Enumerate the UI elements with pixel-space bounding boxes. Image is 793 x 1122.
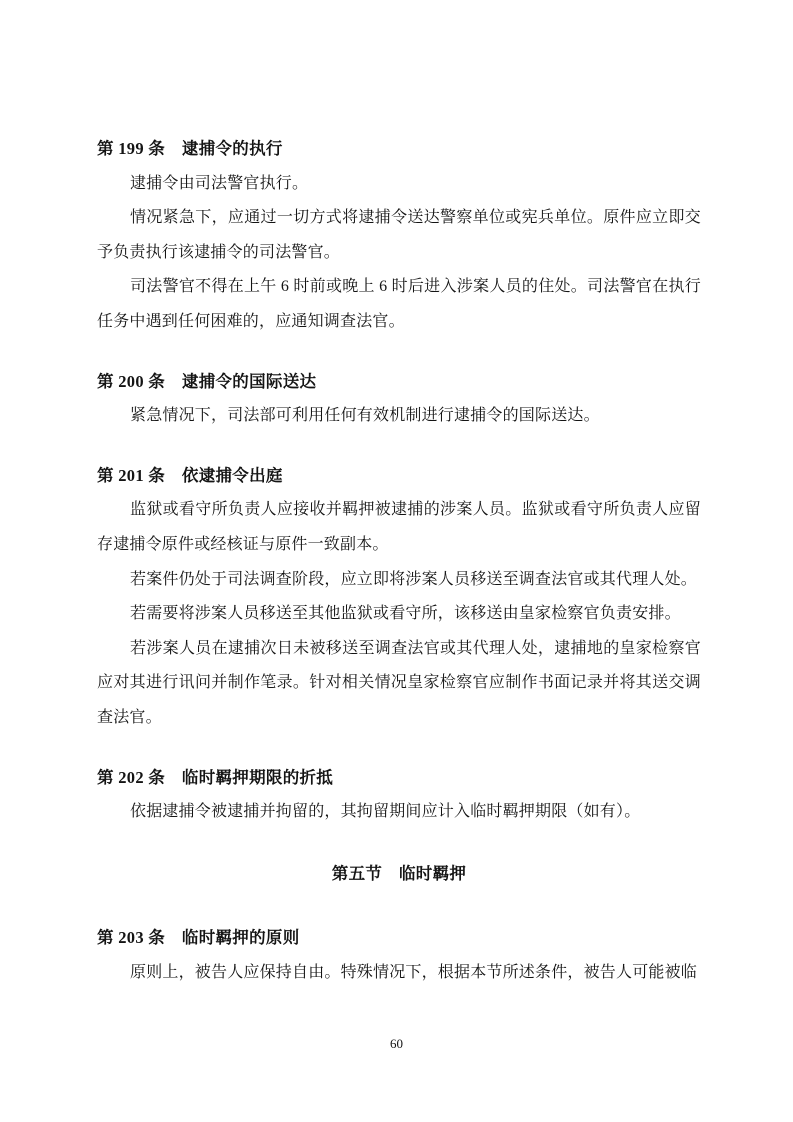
article-201-heading: 第 201 条 依逮捕令出庭 [97,459,701,494]
paragraph: 依据逮捕令被逮捕并拘留的，其拘留期间应计入临时羁押期限（如有）。 [97,795,701,830]
article-200-heading: 第 200 条 逮捕令的国际送达 [97,365,701,400]
paragraph: 司法警官不得在上午 6 时前或晚上 6 时后进入涉案人员的住处。司法警官在执行任… [97,270,701,339]
paragraph: 情况紧急下，应通过一切方式将逮捕令送达警察单位或宪兵单位。原件应立即交予负责执行… [97,201,701,270]
paragraph: 逮捕令由司法警官执行。 [97,167,701,202]
paragraph: 紧急情况下，司法部可利用任何有效机制进行逮捕令的国际送达。 [97,399,701,434]
article-202-heading: 第 202 条 临时羁押期限的折抵 [97,761,701,796]
paragraph: 若需要将涉案人员移送至其他监狱或看守所，该移送由皇家检察官负责安排。 [97,597,701,632]
section-heading: 第五节 临时羁押 [97,857,701,892]
article-199-heading: 第 199 条 逮捕令的执行 [97,132,701,167]
document-page: 第 199 条 逮捕令的执行 逮捕令由司法警官执行。 情况紧急下，应通过一切方式… [0,0,793,1122]
document-content: 第 199 条 逮捕令的执行 逮捕令由司法警官执行。 情况紧急下，应通过一切方式… [0,0,793,990]
paragraph: 监狱或看守所负责人应接收并羁押被逮捕的涉案人员。监狱或看守所负责人应留存逮捕令原… [97,493,701,562]
page-number: 60 [0,1036,793,1052]
article-203-heading: 第 203 条 临时羁押的原则 [97,921,701,956]
paragraph: 原则上，被告人应保持自由。特殊情况下，根据本节所述条件，被告人可能被临 [97,956,701,991]
paragraph: 若涉案人员在逮捕次日未被移送至调查法官或其代理人处，逮捕地的皇家检察官应对其进行… [97,632,701,736]
paragraph: 若案件仍处于司法调查阶段，应立即将涉案人员移送至调查法官或其代理人处。 [97,563,701,598]
